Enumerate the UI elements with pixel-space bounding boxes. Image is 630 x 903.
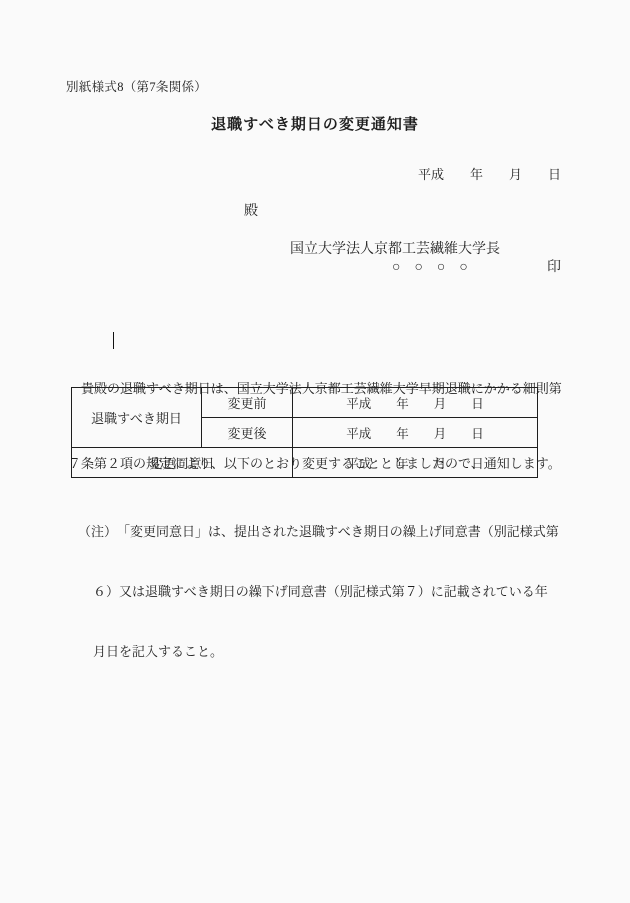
table-row: 退職すべき期日 変更前 平成 年 月 日 bbox=[72, 388, 538, 418]
issuer-name-placeholder: ○ ○ ○ ○ bbox=[392, 261, 468, 275]
document-title: 退職すべき期日の変更通知書 bbox=[0, 118, 630, 133]
note-text: （注） 「変更同意日」は、提出された退職すべき期日の繰上げ同意書（別記様式第 ６… bbox=[93, 482, 588, 702]
change-date-table: 退職すべき期日 変更前 平成 年 月 日 変更後 平成 年 月 日 変更同意日 … bbox=[71, 387, 538, 478]
note-line-2: ６）又は退職すべき期日の繰下げ同意書（別記様式第７）に記載されている年 bbox=[93, 582, 588, 602]
addressee-honorific: 殿 bbox=[244, 205, 258, 219]
form-id-label: 別紙様式8（第7条関係） bbox=[66, 81, 207, 94]
issuer-title: 国立大学法人京都工芸繊維大学長 bbox=[290, 243, 500, 257]
text-cursor bbox=[113, 332, 114, 349]
table-before-label-cell: 変更前 bbox=[202, 388, 293, 418]
table-after-date-cell: 平成 年 月 日 bbox=[293, 418, 538, 448]
table-after-label-cell: 変更後 bbox=[202, 418, 293, 448]
table-before-date-cell: 平成 年 月 日 bbox=[293, 388, 538, 418]
table-consent-label-cell: 変更同意日 bbox=[72, 448, 293, 478]
seal-label: 印 bbox=[547, 261, 561, 275]
document-page: 別紙様式8（第7条関係） 退職すべき期日の変更通知書 平成 年 月 日 殿 国立… bbox=[0, 0, 630, 903]
note-line-3: 月日を記入すること。 bbox=[93, 642, 588, 662]
table-row: 変更同意日 平成 年 月 日 bbox=[72, 448, 538, 478]
table-consent-date-cell: 平成 年 月 日 bbox=[293, 448, 538, 478]
issue-date-placeholder: 平成 年 月 日 bbox=[418, 168, 561, 181]
note-line-1: （注） 「変更同意日」は、提出された退職すべき期日の繰上げ同意書（別記様式第 bbox=[78, 522, 588, 542]
table-group-label-cell: 退職すべき期日 bbox=[72, 388, 202, 448]
